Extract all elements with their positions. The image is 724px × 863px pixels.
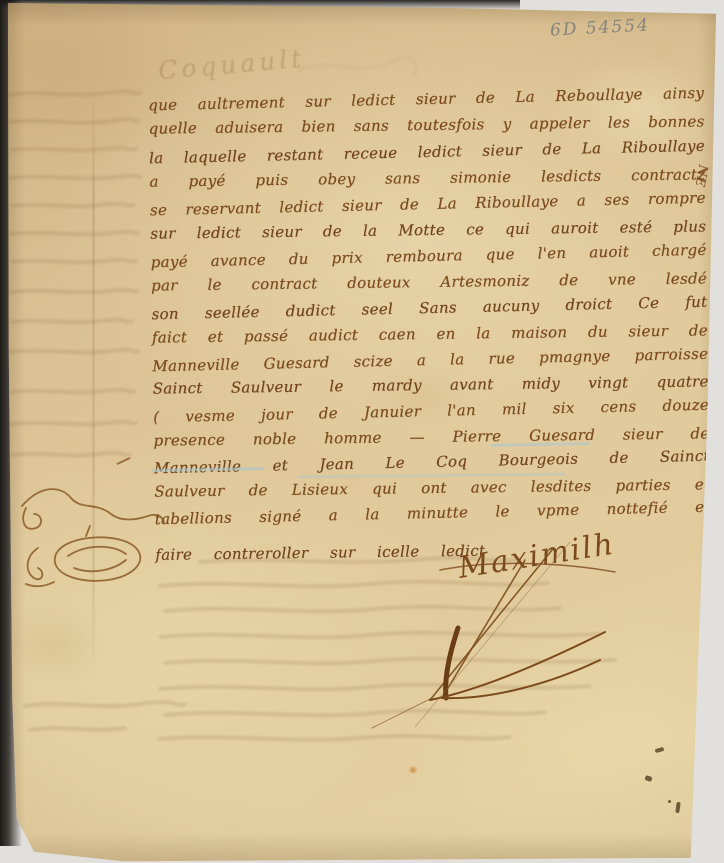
signature-name: Maximilh: [455, 532, 618, 586]
ink-speck: [668, 800, 671, 803]
parchment-page: Coquault 6D 54554 que aultrement sur led…: [0, 0, 724, 863]
scan-canvas: Coquault 6D 54554 que aultrement sur led…: [0, 0, 724, 863]
left-notary-paraph-flourish: [16, 476, 166, 591]
signature-block: Maximilh: [320, 532, 630, 732]
stain-spot: [408, 766, 418, 774]
